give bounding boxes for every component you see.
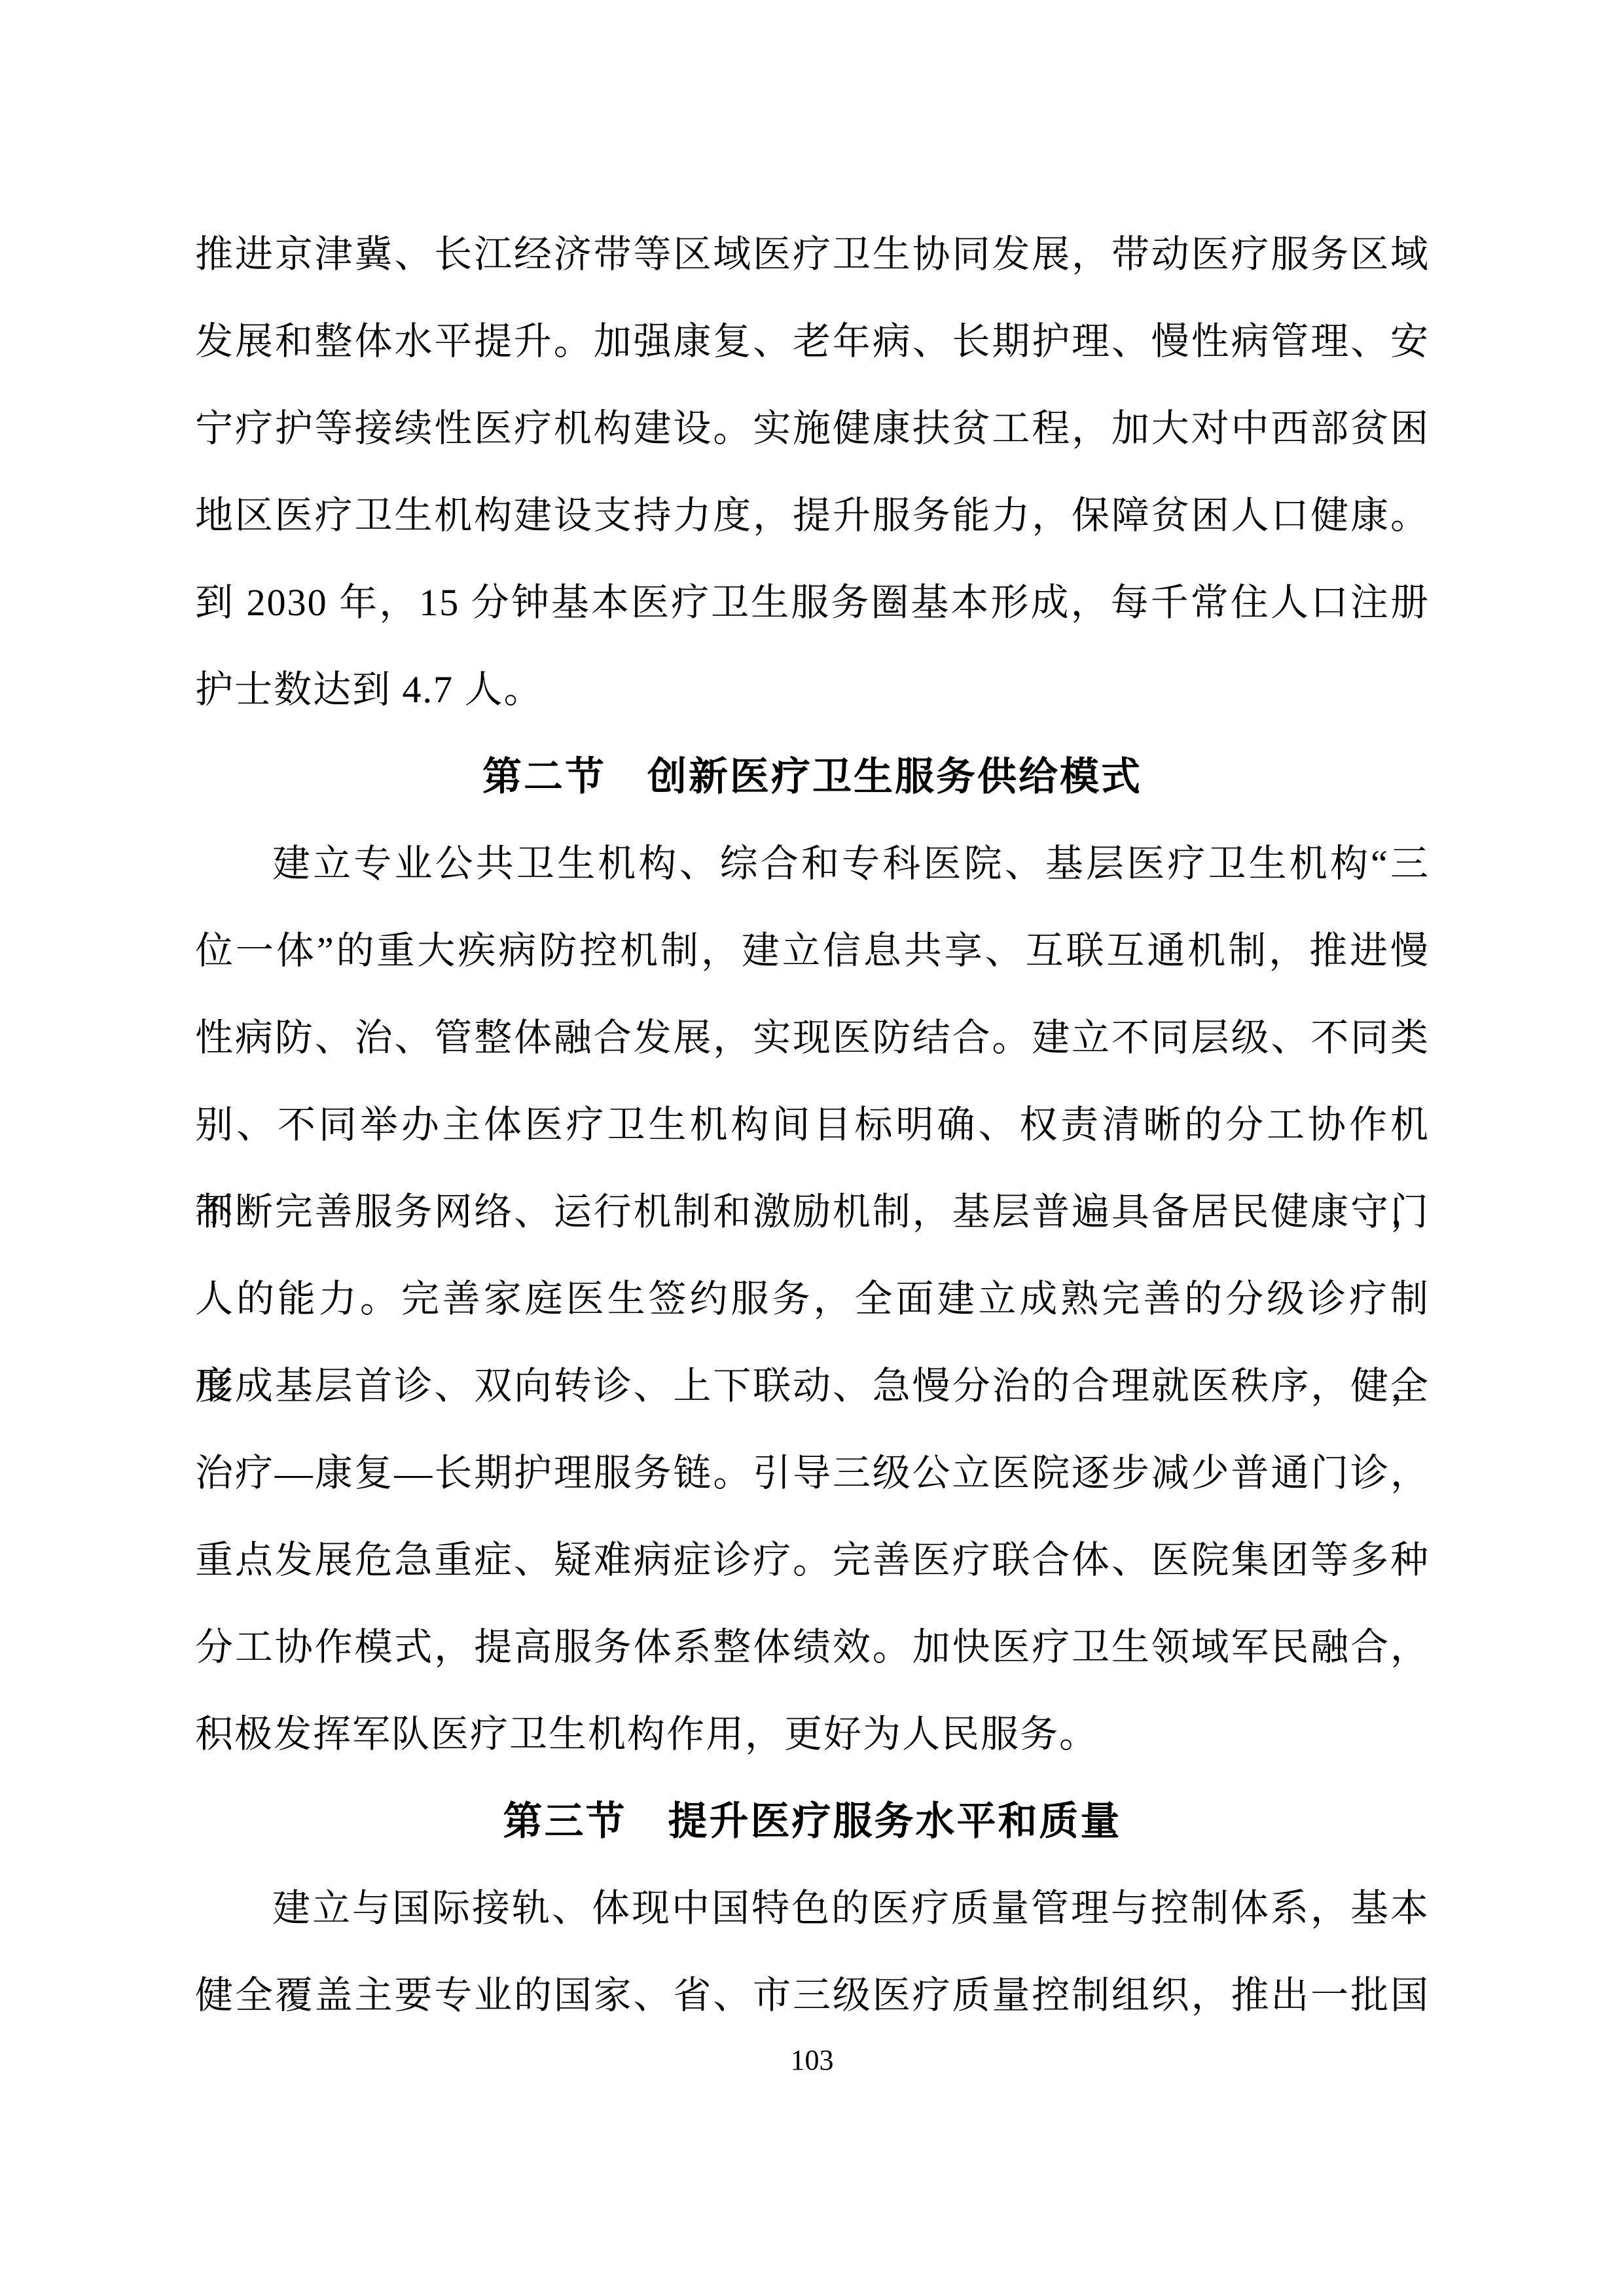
section-heading-2: 第二节 创新医疗卫生服务供给模式 [195, 733, 1430, 820]
text-column: 推进京津冀、长江经济带等区域医疗卫生协同发展，带动医疗服务区域 发展和整体水平提… [195, 211, 1430, 2039]
text-line: 位一体”的重大疾病防控机制，建立信息共享、互联互通机制，推进慢 [195, 907, 1430, 994]
text-line: 形成基层首诊、双向转诊、上下联动、急慢分治的合理就医秩序，健全 [195, 1342, 1430, 1429]
text-line: 护士数达到 4.7 人。 [195, 646, 1430, 733]
text-line: 不断完善服务网络、运行机制和激励机制，基层普遍具备居民健康守门 [195, 1168, 1430, 1255]
paragraph: 建立专业公共卫生机构、综合和专科医院、基层医疗卫生机构“三 位一体”的重大疾病防… [195, 820, 1430, 1778]
text-line: 地区医疗卫生机构建设支持力度，提升服务能力，保障贫困人口健康。 [195, 472, 1430, 559]
paragraph: 建立与国际接轨、体现中国特色的医疗质量管理与控制体系，基本 健全覆盖主要专业的国… [195, 1865, 1430, 2039]
text-line: 到 2030 年，15 分钟基本医疗卫生服务圈基本形成，每千常住人口注册 [195, 559, 1430, 646]
text-line: 建立与国际接轨、体现中国特色的医疗质量管理与控制体系，基本 [195, 1865, 1430, 1952]
document-page: 推进京津冀、长江经济带等区域医疗卫生协同发展，带动医疗服务区域 发展和整体水平提… [0, 0, 1624, 2296]
text-line: 重点发展危急重症、疑难病症诊疗。完善医疗联合体、医院集团等多种 [195, 1516, 1430, 1604]
text-line: 宁疗护等接续性医疗机构建设。实施健康扶贫工程，加大对中西部贫困 [195, 385, 1430, 472]
text-line: 发展和整体水平提升。加强康复、老年病、长期护理、慢性病管理、安 [195, 298, 1430, 385]
text-line: 积极发挥军队医疗卫生机构作用，更好为人民服务。 [195, 1691, 1430, 1778]
text-line: 人的能力。完善家庭医生签约服务，全面建立成熟完善的分级诊疗制度， [195, 1255, 1430, 1342]
text-line: 别、不同举办主体医疗卫生机构间目标明确、权责清晰的分工协作机制， [195, 1081, 1430, 1168]
page-number: 103 [0, 2041, 1624, 2080]
text-line: 健全覆盖主要专业的国家、省、市三级医疗质量控制组织，推出一批国 [195, 1952, 1430, 2039]
section-heading-3: 第三节 提升医疗服务水平和质量 [195, 1778, 1430, 1865]
text-line: 性病防、治、管整体融合发展，实现医防结合。建立不同层级、不同类 [195, 994, 1430, 1081]
text-line: 推进京津冀、长江经济带等区域医疗卫生协同发展，带动医疗服务区域 [195, 211, 1430, 298]
text-line: 治疗—康复—长期护理服务链。引导三级公立医院逐步减少普通门诊， [195, 1429, 1430, 1516]
paragraph: 推进京津冀、长江经济带等区域医疗卫生协同发展，带动医疗服务区域 发展和整体水平提… [195, 211, 1430, 733]
text-line: 建立专业公共卫生机构、综合和专科医院、基层医疗卫生机构“三 [195, 820, 1430, 907]
text-line: 分工协作模式，提高服务体系整体绩效。加快医疗卫生领域军民融合， [195, 1604, 1430, 1691]
